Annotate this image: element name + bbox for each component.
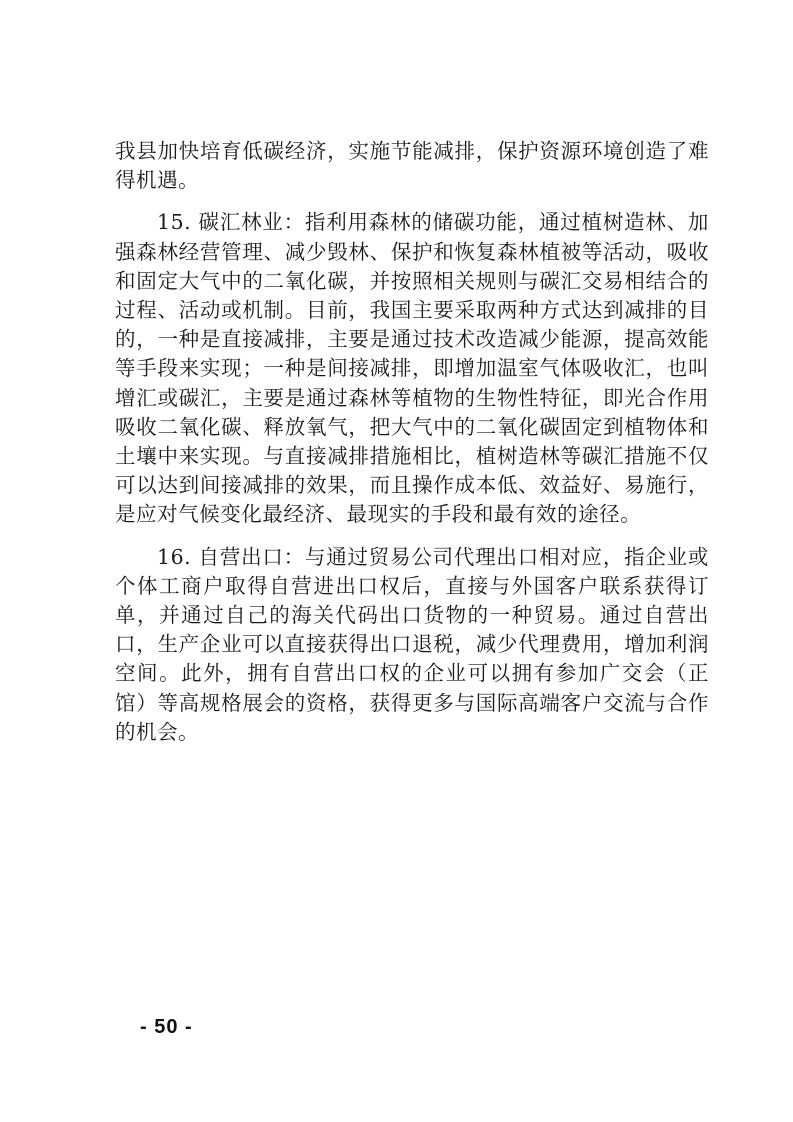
page-number: - 50 - — [140, 1016, 193, 1039]
paragraph-continuation: 我县加快培育低碳经济，实施节能减排，保护资源环境创造了难得机遇。 — [115, 137, 709, 195]
paragraph-term-16-self-operated-export: 16. 自营出口：与通过贸易公司代理出口相对应，指企业或个体工商户取得自营进出口… — [115, 543, 709, 747]
paragraph-term-15-carbon-sink-forestry: 15. 碳汇林业：指利用森林的储碳功能，通过植树造林、加强森林经营管理、减少毁林… — [115, 208, 709, 529]
page-body: 我县加快培育低碳经济，实施节能减排，保护资源环境创造了难得机遇。 15. 碳汇林… — [115, 137, 709, 747]
